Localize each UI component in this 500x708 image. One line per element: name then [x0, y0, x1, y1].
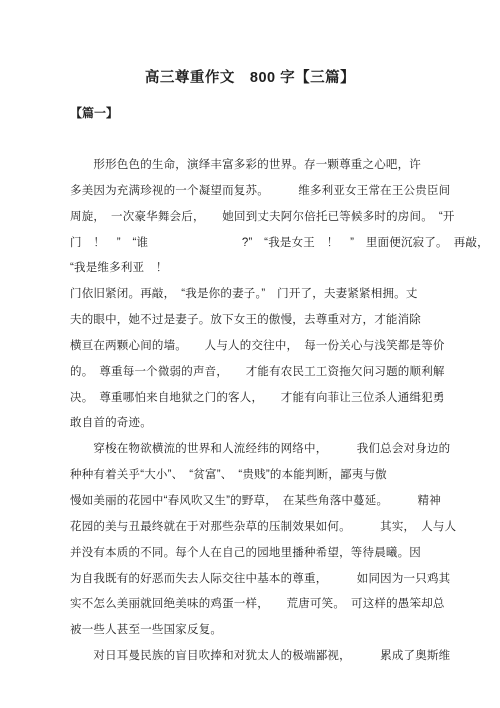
- essay-line: 被一些人甚至一些国家反复。: [70, 618, 445, 644]
- essay-line: 并没有本质的不同。每个人在自己的园地里播种希望，等待晨曦。因: [70, 541, 445, 567]
- essay-line: 花园的美与丑最终就在于对那些杂草的压制效果如何。 其实， 人与人: [70, 515, 445, 541]
- essay-line: 门依旧紧闭。再敲， “我是你的妻子。” 门开了，夫妻紧紧相拥。丈: [70, 282, 445, 308]
- essay-line: 夫的眼中，她不过是妻子。放下女王的傲慢，去尊重对方，才能消除: [70, 308, 445, 334]
- essay-line: 的。 尊重每一个微弱的声音， 才能有农民工工资拖欠问习题的顺利解: [70, 360, 445, 386]
- essay-line: 周旋， 一次豪华舞会后， 她回到丈夫阿尔倍托已等候多时的房间。 “开: [70, 205, 445, 231]
- essay-line: 对日耳曼民族的盲目吹捧和对犹太人的极端鄙视， 累成了奥斯维: [70, 644, 445, 670]
- essay-body: 形形色色的生命，演绎丰富多彩的世界。存一颗尊重之心吧，许多美因为充满珍视的一个凝…: [70, 153, 445, 670]
- essay-line: 实不怎么美丽就回绝美味的鸡蛋一样， 荒唐可笑。 可这样的愚笨却总: [70, 592, 445, 618]
- essay-line: 慢如美丽的花园中“春风吹又生”的野草， 在某些角落中蔓延。 精神: [70, 489, 445, 515]
- essay-line: 形形色色的生命，演绎丰富多彩的世界。存一颗尊重之心吧，许: [70, 153, 445, 179]
- section-label-part-one: 【篇一】: [70, 104, 118, 121]
- essay-title: 高三尊重作文 800 字【三篇】: [0, 66, 500, 87]
- essay-line: 敢自首的奇迹。: [70, 411, 445, 437]
- essay-line: 门 ！ ” “谁 ?” “我是女王 ！ ” 里面便沉寂了。 再敲，: [70, 231, 445, 257]
- document-page: 高三尊重作文 800 字【三篇】 【篇一】 形形色色的生命，演绎丰富多彩的世界。…: [0, 0, 500, 708]
- essay-line: 穿梭在物欲横流的世界和人流经纬的网络中， 我们总会对身边的: [70, 437, 445, 463]
- essay-line: 为自我既有的好恶而失去人际交往中基本的尊重， 如同因为一只鸡其: [70, 567, 445, 593]
- essay-line: 多美因为充满珍视的一个凝望而复苏。 维多利亚女王常在王公贵臣间: [70, 179, 445, 205]
- essay-line: 种种有着关乎“大小”、 “贫富”、 “贵贱”的本能判断，鄙夷与傲: [70, 463, 445, 489]
- essay-line: 横亘在两颗心间的墙。 人与人的交往中， 每一份关心与浅笑都是等价: [70, 334, 445, 360]
- essay-line: 决。 尊重哪怕来自地狱之门的客人， 才能有向菲让三位杀人通缉犯勇: [70, 386, 445, 412]
- essay-line: “我是维多利亚 ！: [70, 256, 445, 282]
